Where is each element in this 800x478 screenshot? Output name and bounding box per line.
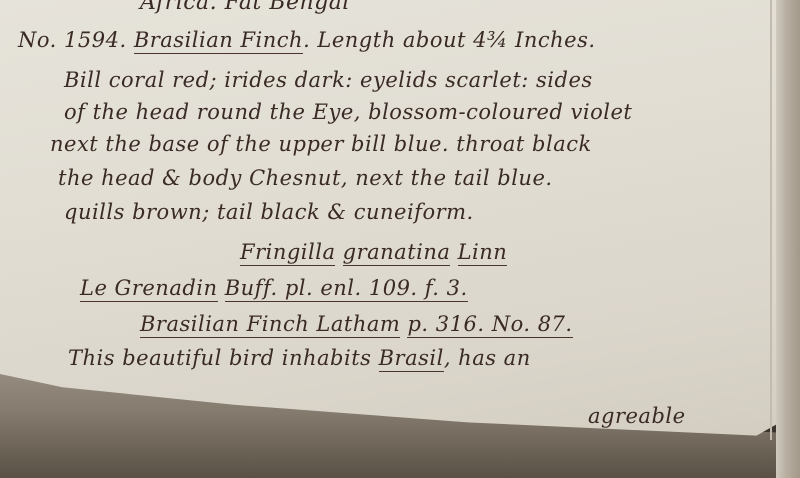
- habitat-line: This beautiful bird inhabits Brasil, has…: [68, 346, 531, 370]
- description-line-1: Bill coral red; irides dark: eyelids sca…: [64, 68, 593, 92]
- french-name: Le Grenadin: [80, 276, 218, 302]
- habitat-text: This beautiful bird inhabits: [68, 346, 379, 370]
- description-line-5: quills brown; tail black & cuneiform.: [64, 200, 474, 224]
- genus: Fringilla: [240, 240, 335, 266]
- habitat-continued: , has an: [444, 346, 531, 370]
- authority: Linn: [458, 240, 508, 266]
- entry-header: No. 1594. Brasilian Finch. Length about …: [18, 28, 596, 52]
- scientific-name: Fringilla granatina Linn: [240, 240, 507, 264]
- latham-ref: p. 316. No. 87.: [407, 312, 572, 338]
- line-cut-off: Africa. Fat Bengal: [140, 0, 350, 15]
- habitat-place: Brasil: [379, 346, 444, 372]
- final-word: agreable: [588, 404, 686, 428]
- reference-buffon: Le Grenadin Buff. pl. enl. 109. f. 3.: [80, 276, 468, 300]
- binding-edge: [776, 0, 800, 478]
- description-line-2: of the head round the Eye, blossom-colou…: [64, 100, 632, 124]
- reference-latham: Brasilian Finch Latham p. 316. No. 87.: [140, 312, 573, 336]
- entry-title: Brasilian Finch: [134, 28, 303, 54]
- description-line-4: the head & body Chesnut, next the tail b…: [58, 166, 553, 190]
- species: granatina: [343, 240, 451, 266]
- entry-length: . Length about 4¾ Inches.: [303, 28, 595, 52]
- entry-number: No. 1594.: [18, 28, 127, 52]
- latham-name: Brasilian Finch Latham: [140, 312, 400, 338]
- page-fold: [770, 0, 772, 440]
- description-line-3: next the base of the upper bill blue. th…: [50, 132, 592, 156]
- buffon-ref: Buff. pl. enl. 109. f. 3.: [225, 276, 468, 302]
